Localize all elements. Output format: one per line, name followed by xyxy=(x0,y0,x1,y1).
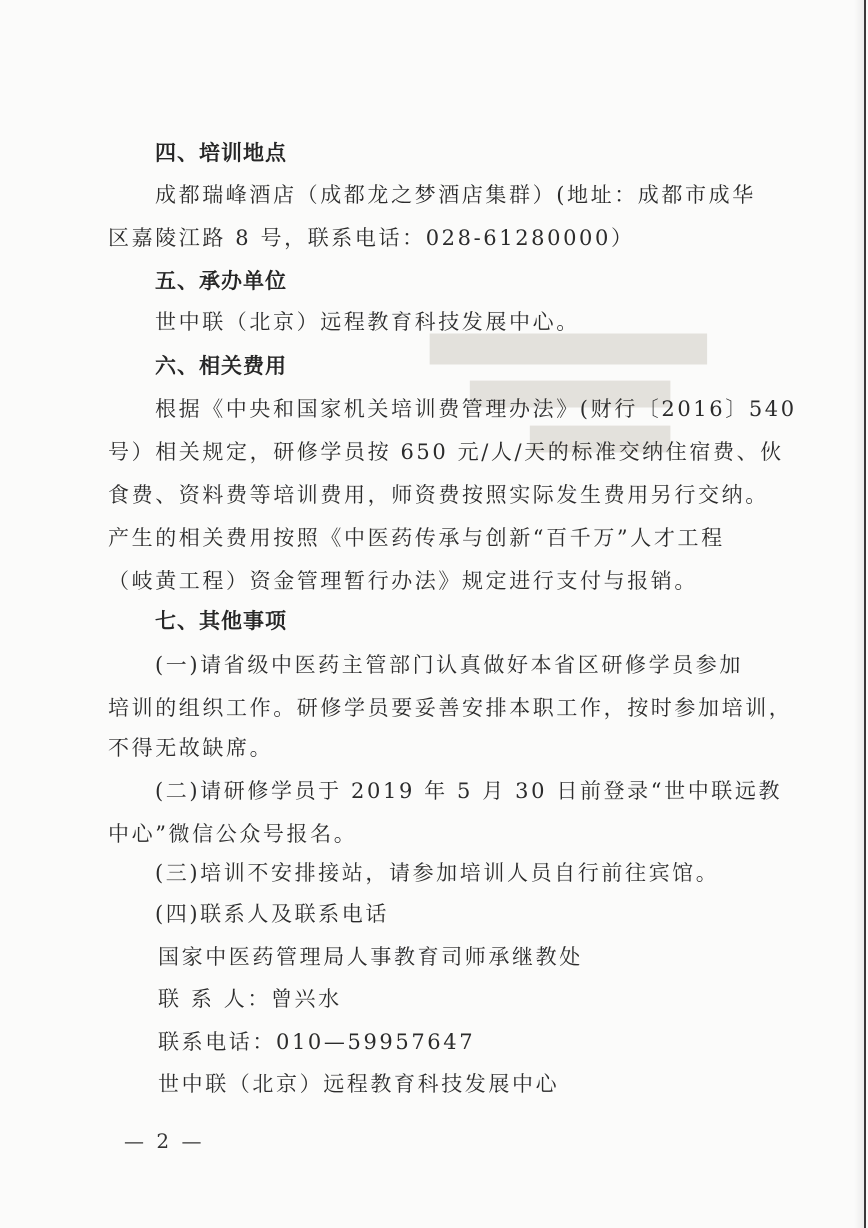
paragraph-line: 不得无故缺席。 xyxy=(108,734,273,762)
page-edge-shadow xyxy=(854,0,864,1228)
contact-phone: 联系电话：010—59957647 xyxy=(158,1028,475,1056)
paragraph-line: (一)请省级中医药主管部门认真做好本省区研修学员参加 xyxy=(155,651,743,679)
paragraph-line: (三)培训不安排接站，请参加培训人员自行前往宾馆。 xyxy=(155,859,719,887)
paragraph-line: 根据《中央和国家机关培训费管理办法》(财行〔2016〕540 xyxy=(155,395,797,423)
paragraph-line: 产生的相关费用按照《中医药传承与创新“百千万”人才工程 xyxy=(108,524,725,552)
paragraph-line: 食费、资料费等培训费用，师资费按照实际发生费用另行交纳。 xyxy=(108,481,769,509)
contact-organization-2: 世中联（北京）远程教育科技发展中心 xyxy=(158,1070,559,1098)
paragraph-line: (四)联系人及联系电话 xyxy=(155,900,389,928)
paragraph-line: 区嘉陵江路 8 号，联系电话：028-61280000） xyxy=(108,224,635,252)
contact-organization: 国家中医药管理局人事教育司师承继教处 xyxy=(158,943,583,971)
paragraph-line: （岐黄工程）资金管理暂行办法》规定进行支付与报销。 xyxy=(108,567,698,595)
section-heading-fees: 六、相关费用 xyxy=(155,352,287,380)
paragraph-line: 培训的组织工作。研修学员要妥善安排本职工作，按时参加培训， xyxy=(108,694,792,722)
contact-person: 联 系 人：曾兴水 xyxy=(158,985,342,1013)
paragraph-line: 中心”微信公众号报名。 xyxy=(108,820,357,848)
paragraph-line: 成都瑞峰酒店（成都龙之梦酒店集群）(地址：成都市成华 xyxy=(155,181,756,209)
section-heading-organizer: 五、承办单位 xyxy=(155,267,287,295)
page-number: — 2 — xyxy=(124,1129,204,1153)
paragraph-line: 号）相关规定，研修学员按 650 元/人/天的标准交纳住宿费、伙 xyxy=(108,438,784,466)
paragraph-line: 世中联（北京）远程教育科技发展中心。 xyxy=(155,308,580,336)
page-edge xyxy=(864,0,866,1228)
section-heading-venue: 四、培训地点 xyxy=(155,139,287,167)
paragraph-line: (二)请研修学员于 2019 年 5 月 30 日前登录“世中联远教 xyxy=(155,777,782,805)
section-heading-other: 七、其他事项 xyxy=(155,607,287,635)
